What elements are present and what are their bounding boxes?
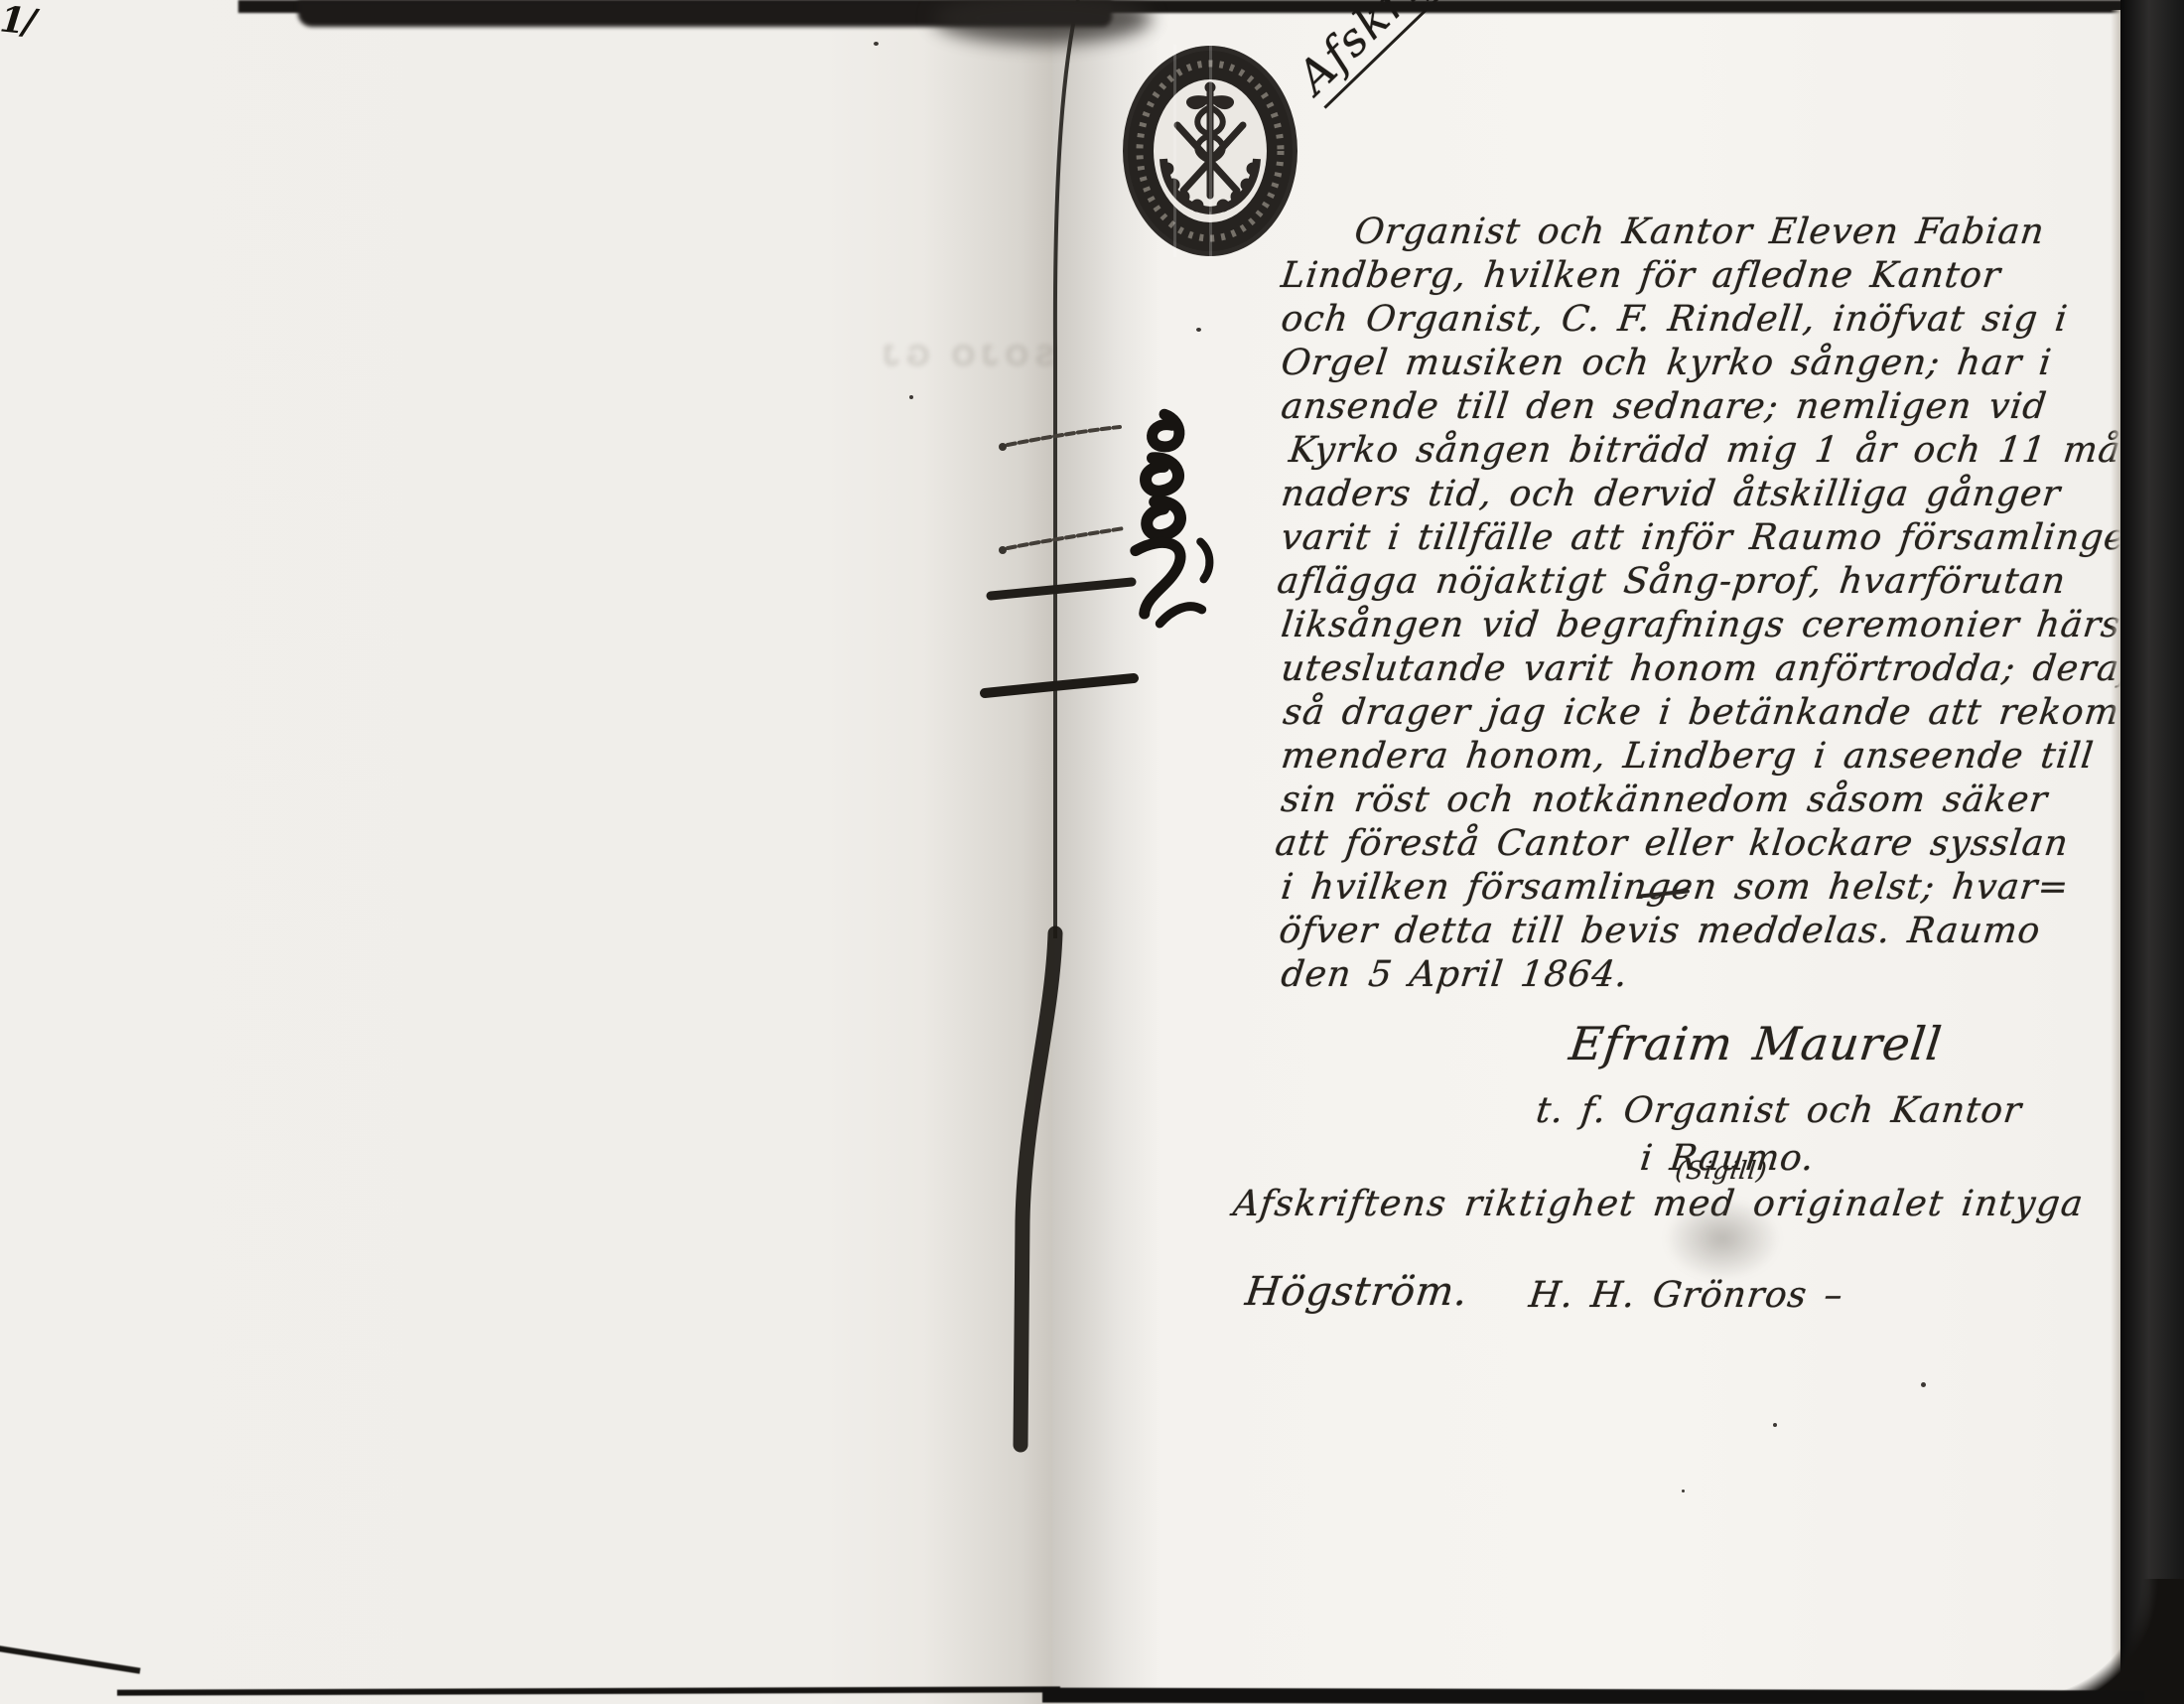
dust-speck: [874, 42, 879, 46]
page-fold-line: [1055, 0, 1078, 938]
scanner-streak: [1173, 45, 1176, 257]
signature-title: t. f. Organist och Kantor: [1534, 1090, 2024, 1131]
body-line: den 5 April 1864.: [1279, 953, 2184, 997]
dust-speck: [1682, 1490, 1685, 1492]
right-page-edge: [2111, 10, 2120, 1688]
dust-speck: [1773, 1423, 1777, 1427]
body-line: aflägga nöjaktigt Sång-prof, hvarförutan: [1275, 560, 2184, 604]
seal-note: (Sigill): [1674, 1156, 1769, 1185]
body-line: ansende till den sednare; nemligen vid: [1279, 385, 2184, 429]
body-line: mendera honom, Lindberg i anseende till: [1279, 735, 2184, 779]
body-line: öfver detta till bevis meddelas. Raumo: [1277, 910, 2184, 953]
scan-edge-bottom-right-band: [1042, 1688, 2144, 1704]
stitch-thread-4: [985, 678, 1134, 693]
corner-mark: 1/: [0, 0, 36, 44]
witness-signature-right: H. H. Grönros –: [1527, 1275, 1845, 1316]
page-fold-line-lower: [1021, 933, 1055, 1445]
body-line: Organist och Kantor Eleven Fabian: [1352, 211, 2184, 254]
dust-speck: [1196, 328, 1201, 332]
scan-corner-bottom-right: [2025, 1579, 2184, 1704]
body-line: i hvilken församlingen som helst; hvar=: [1279, 866, 2184, 910]
body-line: liksången vid begrafnings ceremonier här…: [1279, 604, 2184, 647]
body-line: Orgel musiken och kyrko sången; har i: [1279, 342, 2184, 385]
body-line: och Organist, C. F. Rindell, inöfvat sig…: [1279, 298, 2184, 342]
body-line: att förestå Cantor eller klockare syssla…: [1273, 822, 2184, 866]
body-line: varit i tillfälle att inför Raumo försam…: [1279, 516, 2184, 560]
witness-signature-left: Högström.: [1243, 1269, 1471, 1315]
body-line: naders tid, och dervid åtskilliga gånger: [1279, 473, 2184, 516]
archival-book-scan: SOJO GJO2 1/: [0, 0, 2184, 1704]
stitch-knot-1: [999, 443, 1007, 451]
left-page: [0, 0, 1052, 1704]
body-line: uteslutande varit honom anförtrodda; der…: [1279, 647, 2184, 691]
body-line: Lindberg, hvilken för afledne Kantor: [1279, 254, 2184, 298]
body-line: så drager jag icke i betänkande att reko…: [1281, 691, 2184, 735]
scanner-streak: [1209, 45, 1212, 257]
stitch-knot-2: [999, 546, 1007, 554]
body-line: sin röst och notkännedom såsom säker: [1279, 779, 2184, 822]
scan-edge-right: [2120, 0, 2184, 1704]
letter-body: Organist och Kantor Eleven Fabian Lindbe…: [1279, 211, 2184, 997]
ink-blot: [1102, 397, 1231, 645]
body-line: Kyrko sången biträdd mig 1 år och 11 må=: [1287, 429, 2184, 473]
dust-speck: [909, 395, 913, 399]
signature-name: Efraim Maurell: [1567, 1017, 1945, 1070]
dust-speck: [1921, 1382, 1926, 1387]
